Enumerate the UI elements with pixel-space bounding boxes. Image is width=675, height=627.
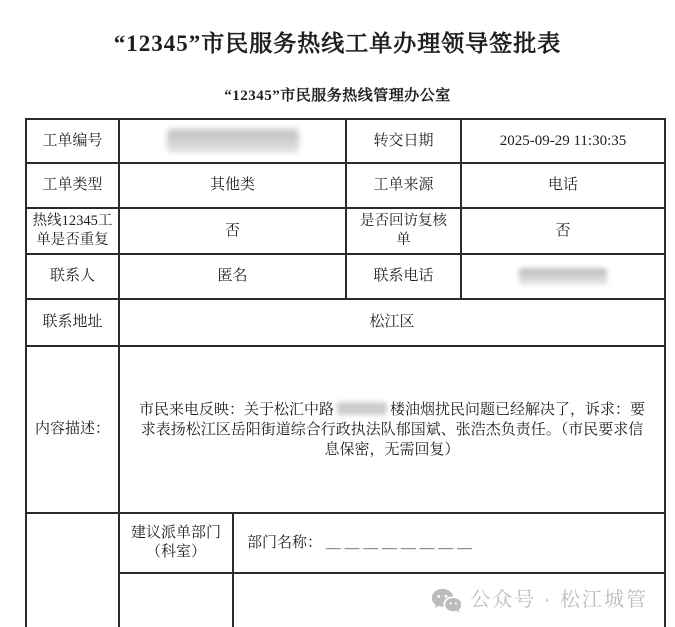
contact-address-label: 联系地址 — [27, 300, 120, 347]
watermark-text: 公众号 · 松江城管 — [470, 591, 648, 610]
suggested-department-label: 建议派单部门（科室） — [120, 514, 234, 574]
hotline-duplicate-value: 否 — [120, 209, 347, 255]
order-no-value-cell — [120, 120, 347, 164]
watermark: 公众号 · 松江城管 — [431, 588, 648, 613]
contact-person-label: 联系人 — [27, 255, 120, 300]
description-label: 内容描述： — [27, 347, 120, 514]
order-type-value: 其他类 — [120, 164, 347, 209]
transfer-date-label: 转交日期 — [347, 120, 462, 164]
department-name-label: 部门名称： — [247, 534, 322, 553]
work-order-form-table: 工单编号 转交日期 2025-09-29 11:30:35 工单类型 其他类 工… — [25, 118, 666, 627]
redacted-phone-number — [519, 268, 607, 285]
description-value-cell: 市民来电反映：关于松汇中路楼油烟扰民问题已经解决了，诉求：要求表扬松江区岳阳街道… — [120, 347, 666, 514]
bottom-watermark-cell: 公众号 · 松江城管 — [234, 574, 666, 627]
page-subtitle: “12345”市民服务热线管理办公室 — [0, 84, 675, 105]
order-source-label: 工单来源 — [347, 164, 462, 209]
wechat-icon — [431, 588, 461, 613]
contact-phone-value-cell — [462, 255, 666, 300]
revisit-check-label: 是否回访复核单 — [347, 209, 462, 255]
order-no-label: 工单编号 — [27, 120, 120, 164]
department-name-cell: 部门名称： ＿ ＿ ＿ ＿ ＿ ＿ ＿ ＿ — [234, 514, 666, 574]
department-name-blank-line: ＿ ＿ ＿ ＿ ＿ ＿ ＿ ＿ — [326, 534, 472, 553]
hotline-duplicate-label: 热线12345工单是否重复 — [27, 209, 120, 255]
order-source-value: 电话 — [462, 164, 666, 209]
approval-left-empty-cell — [27, 514, 120, 627]
transfer-date-value: 2025-09-29 11:30:35 — [462, 120, 666, 164]
order-type-label: 工单类型 — [27, 164, 120, 209]
revisit-check-value: 否 — [462, 209, 666, 255]
description-text: 市民来电反映：关于松汇中路楼油烟扰民问题已经解决了，诉求：要求表扬松江区岳阳街道… — [134, 400, 650, 460]
contact-phone-label: 联系电话 — [347, 255, 462, 300]
contact-person-value: 匿名 — [120, 255, 347, 300]
description-text-before: 市民来电反映：关于松汇中路 — [139, 402, 334, 418]
contact-address-value: 松江区 — [120, 300, 666, 347]
page-title: “12345”市民服务热线工单办理领导签批表 — [0, 25, 675, 58]
bottom-empty-cell — [120, 574, 234, 627]
redacted-address-detail — [337, 402, 387, 415]
redacted-order-number — [167, 129, 299, 153]
